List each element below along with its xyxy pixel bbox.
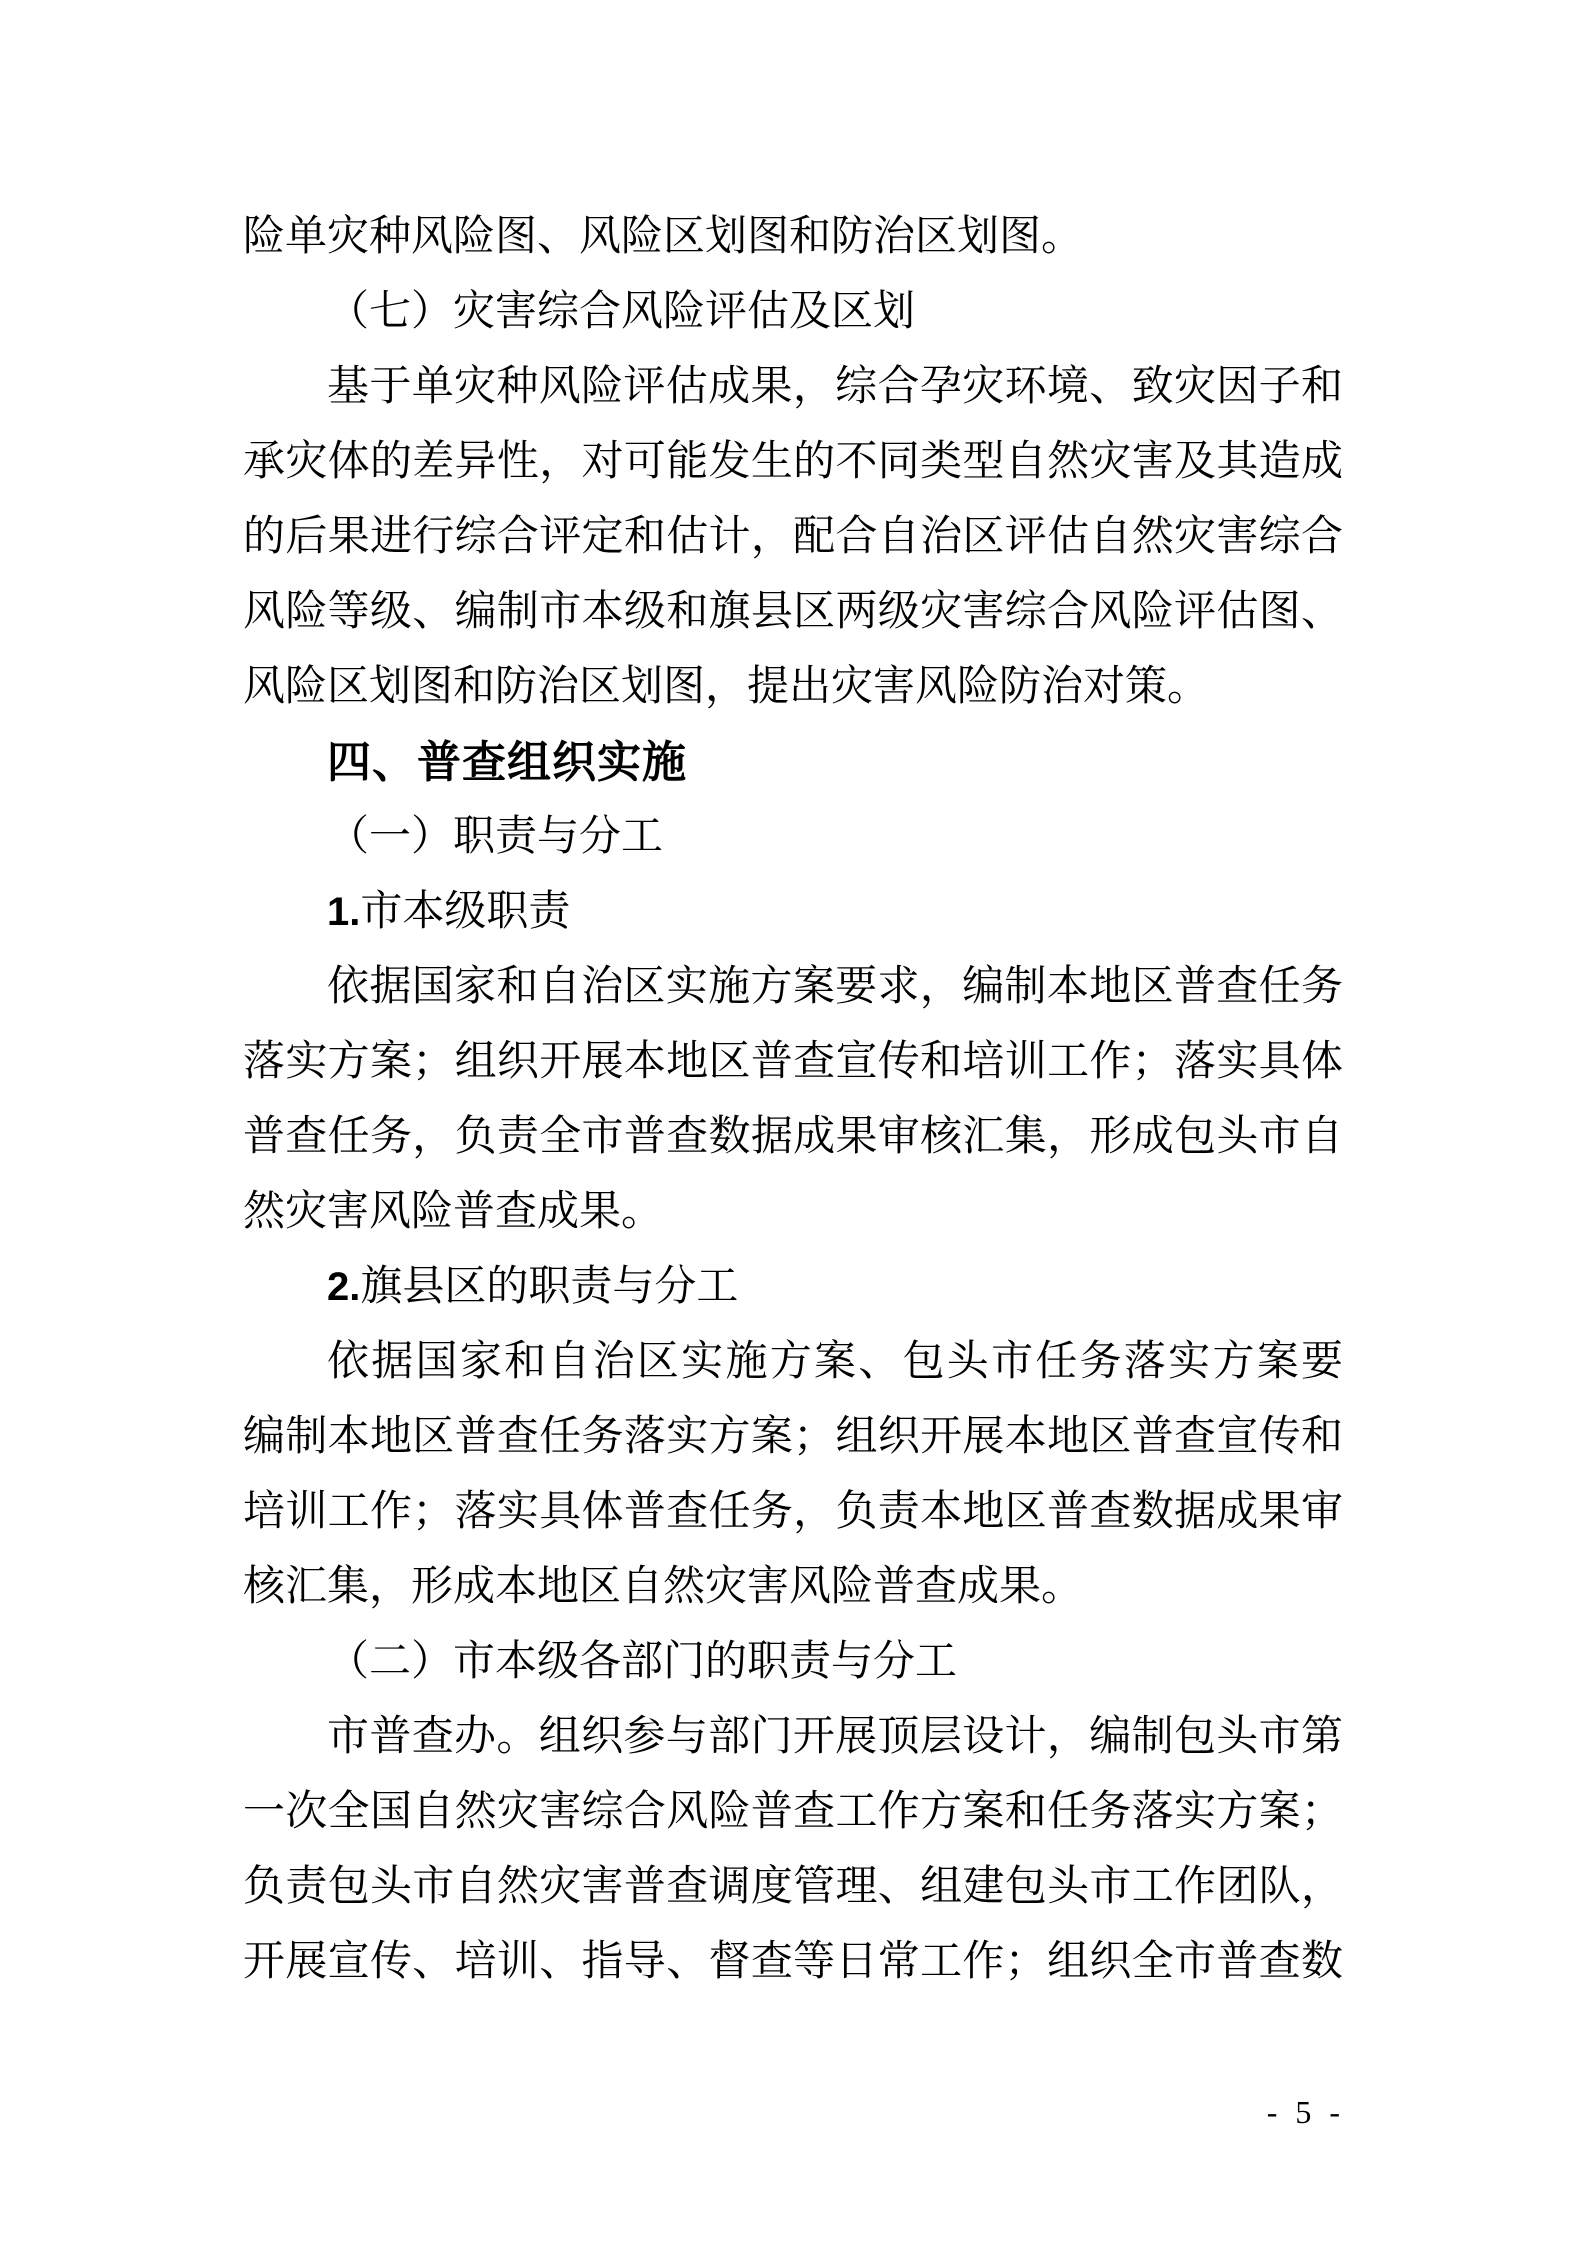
paragraph-line: 险单灾种风险图、风险区划图和防治区划图。	[243, 200, 1343, 275]
paragraph-line: 风险等级、编制市本级和旗县区两级灾害综合风险评估图、	[243, 575, 1343, 650]
numbered-heading-1: 1.市本级职责	[243, 875, 1343, 950]
paragraph-line: 编制本地区普查任务落实方案；组织开展本地区普查宣传和	[243, 1400, 1343, 1475]
paragraph-line: 风险区划图和防治区划图，提出灾害风险防治对策。	[243, 650, 1343, 725]
item-number: 1.	[327, 890, 360, 934]
sub-heading-one: （一）职责与分工	[243, 800, 1343, 875]
paragraph-line: 普查任务，负责全市普查数据成果审核汇集，形成包头市自	[243, 1100, 1343, 1175]
item-number: 2.	[327, 1265, 360, 1309]
paragraph-line: 承灾体的差异性，对可能发生的不同类型自然灾害及其造成	[243, 425, 1343, 500]
paragraph-line: 市普查办。组织参与部门开展顶层设计，编制包头市第	[243, 1700, 1343, 1775]
paragraph-line: 然灾害风险普查成果。	[243, 1175, 1343, 1250]
section-heading-four: 四、普查组织实施	[243, 725, 1343, 800]
paragraph-line: 负责包头市自然灾害普查调度管理、组建包头市工作团队，	[243, 1850, 1343, 1925]
page-number: - 5 -	[1267, 2092, 1345, 2132]
document-page: 险单灾种风险图、风险区划图和防治区划图。 （七）灾害综合风险评估及区划 基于单灾…	[0, 0, 1587, 2245]
paragraph-line: 一次全国自然灾害综合风险普查工作方案和任务落实方案；	[243, 1775, 1343, 1850]
paragraph-line: 落实方案；组织开展本地区普查宣传和培训工作；落实具体	[243, 1025, 1343, 1100]
item-label: 旗县区的职责与分工	[360, 1264, 738, 1310]
paragraph-line: 基于单灾种风险评估成果，综合孕灾环境、致灾因子和	[243, 350, 1343, 425]
item-label: 市本级职责	[360, 889, 570, 935]
document-body: 险单灾种风险图、风险区划图和防治区划图。 （七）灾害综合风险评估及区划 基于单灾…	[243, 200, 1343, 2000]
paragraph-line: 培训工作；落实具体普查任务，负责本地区普查数据成果审	[243, 1475, 1343, 1550]
paragraph-line: 的后果进行综合评定和估计，配合自治区评估自然灾害综合	[243, 500, 1343, 575]
paragraph-line: 依据国家和自治区实施方案、包头市任务落实方案要求，	[243, 1325, 1343, 1400]
sub-heading-two: （二）市本级各部门的职责与分工	[243, 1625, 1343, 1700]
numbered-heading-2: 2.旗县区的职责与分工	[243, 1250, 1343, 1325]
paragraph-line: 依据国家和自治区实施方案要求，编制本地区普查任务	[243, 950, 1343, 1025]
sub-heading-seven: （七）灾害综合风险评估及区划	[243, 275, 1343, 350]
paragraph-line: 开展宣传、培训、指导、督查等日常工作；组织全市普查数	[243, 1925, 1343, 2000]
paragraph-line: 核汇集，形成本地区自然灾害风险普查成果。	[243, 1550, 1343, 1625]
